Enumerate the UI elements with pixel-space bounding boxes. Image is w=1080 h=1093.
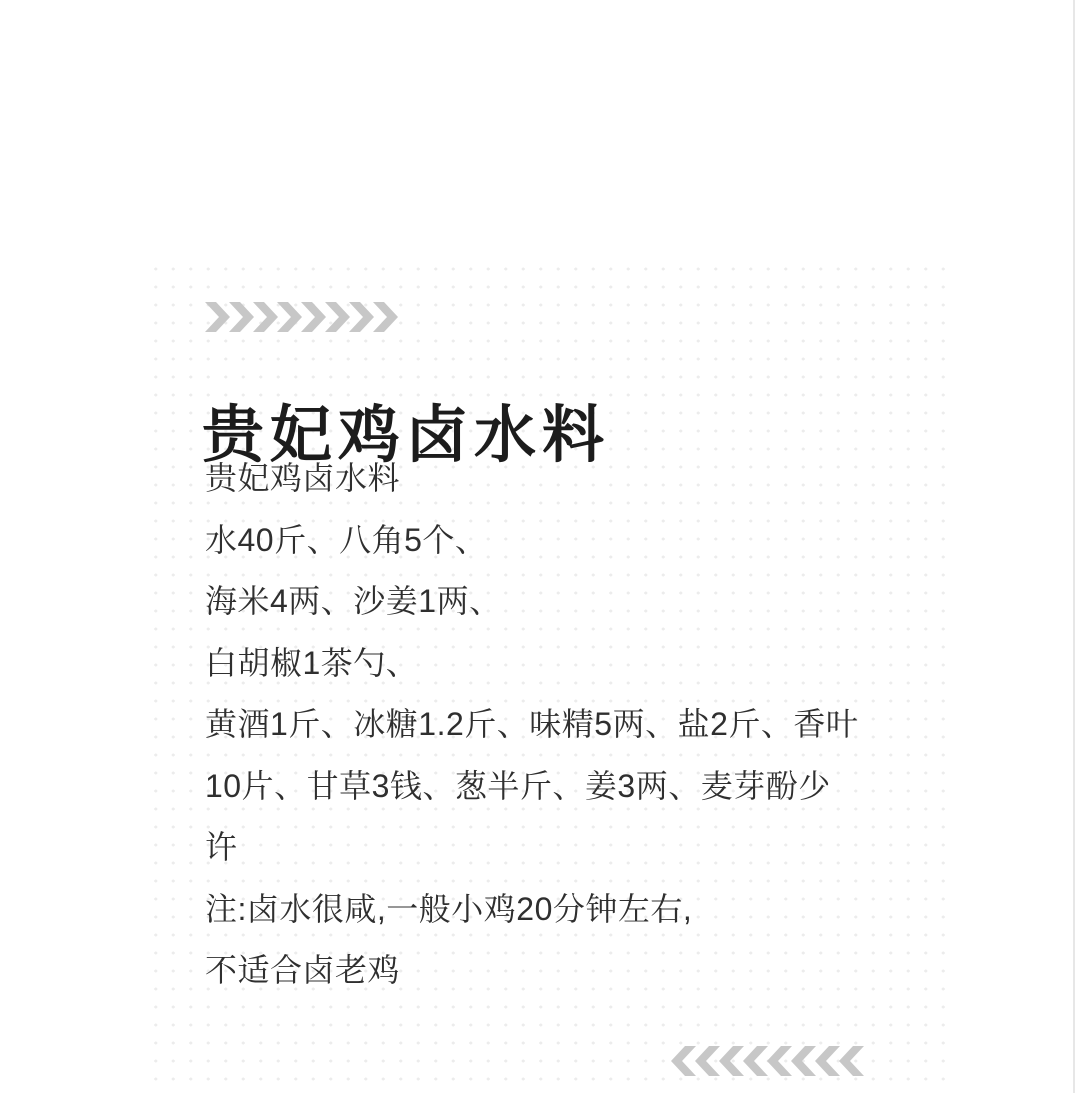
recipe-line: 注:卤水很咸,一般小鸡20分钟左右, — [205, 879, 925, 941]
recipe-line: 水40斤、八角5个、 — [205, 510, 925, 572]
recipe-line: 黄酒1斤、冰糖1.2斤、味精5两、盐2斤、香叶 — [205, 694, 925, 756]
chevrons-left-svg — [671, 1046, 864, 1076]
recipe-card: 贵妃鸡卤水料 贵妃鸡卤水料 水40斤、八角5个、 海米4两、沙姜1两、 白胡椒1… — [0, 0, 1080, 1093]
page-edge-line — [1073, 0, 1075, 1093]
chevrons-right-svg — [205, 302, 398, 332]
recipe-line: 海米4两、沙姜1两、 — [205, 571, 925, 633]
recipe-line: 白胡椒1茶勺、 — [205, 633, 925, 695]
chevrons-right-icon — [205, 302, 398, 332]
recipe-line: 10片、甘草3钱、葱半斤、姜3两、麦芽酚少 — [205, 756, 925, 818]
recipe-body: 贵妃鸡卤水料 水40斤、八角5个、 海米4两、沙姜1两、 白胡椒1茶勺、 黄酒1… — [205, 448, 925, 1002]
recipe-line: 许 — [205, 817, 925, 879]
chevrons-left-icon — [671, 1046, 864, 1076]
recipe-line: 贵妃鸡卤水料 — [205, 448, 925, 510]
recipe-line: 不适合卤老鸡 — [205, 940, 925, 1002]
